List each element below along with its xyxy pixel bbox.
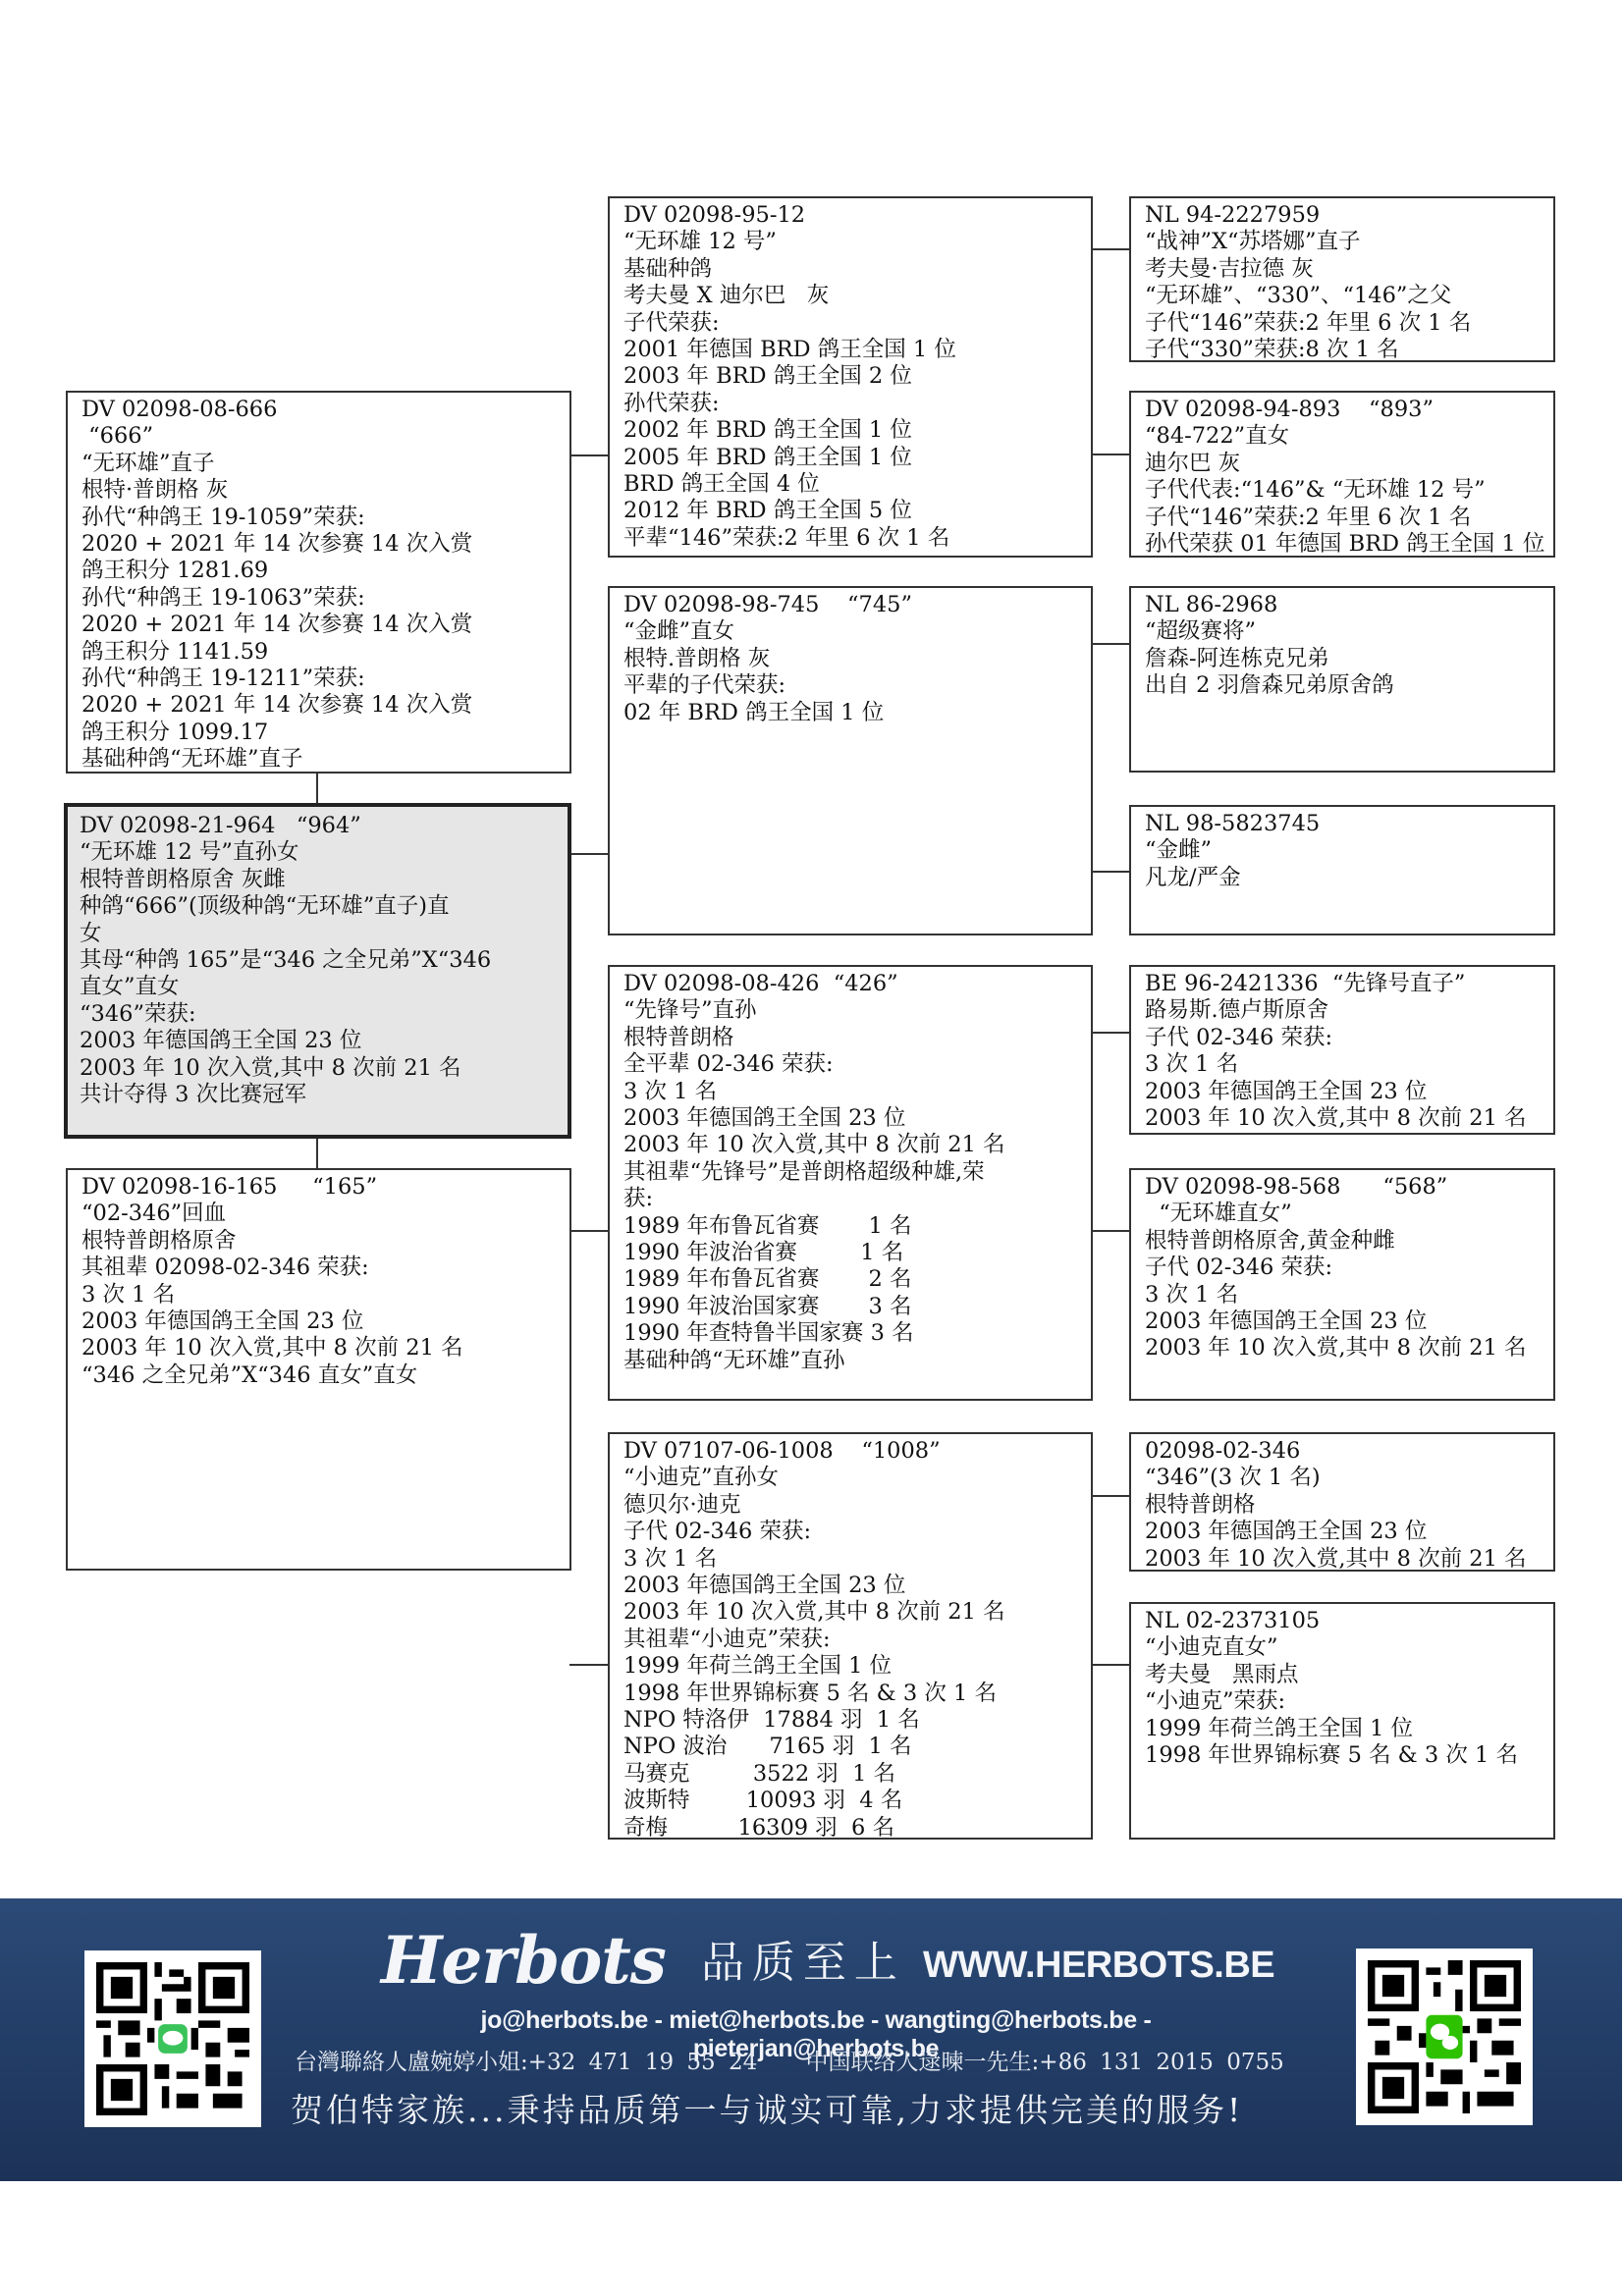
card-line: “346”(3 次 1 名) (1145, 1465, 1553, 1491)
card-line: 其祖辈 02098-02-346 荣获: (81, 1255, 569, 1281)
card-line: 2003 年德国鸽王全国 23 位 (623, 1105, 1091, 1132)
card-line: “无环雄”直子 (81, 451, 569, 477)
card-line: 根特普朗格原舍,黄金种雌 (1145, 1228, 1553, 1255)
qr-pattern-icon (1368, 1960, 1521, 2113)
card-line: 子代 02-346 荣获: (1145, 1255, 1553, 1281)
card-line: “无环雄直女” (1145, 1201, 1553, 1227)
card-line: 1989 年布鲁瓦省赛 1 名 (623, 1213, 1091, 1240)
connector (1091, 1495, 1129, 1497)
connector (1091, 1032, 1129, 1034)
wechat-qr-code[interactable]: wechat-icon (1356, 1949, 1533, 2125)
card-line: 根特普朗格 (1145, 1492, 1553, 1519)
card-line: 1990 年波治省赛 1 名 (623, 1240, 1091, 1266)
card-line: “无环雄 12 号” (623, 229, 1091, 255)
card-line: DV 02098-95-12 (623, 202, 1091, 229)
card-line: 2003 年德国鸽王全国 23 位 (80, 1028, 568, 1054)
card-line: 2003 年 BRD 鸽王全国 2 位 (623, 363, 1091, 390)
card-line: 2003 年 10 次入赏,其中 8 次前 21 名 (623, 1132, 1091, 1158)
footer-banner: line-icon Herbots 品质至上 WWW.HERBOTS.BE jo… (0, 1898, 1622, 2181)
contact-china: 中国联络人逯暕一先生:+86 131 2015 0755 (806, 2050, 1284, 2075)
card-line: 2012 年 BRD 鸽王全国 5 位 (623, 498, 1091, 524)
card-line: DV 02098-94-893 “893” (1145, 397, 1553, 423)
connector (1091, 1230, 1129, 1232)
company-motto: 贺伯特家族...秉持品质第一与诚实可靠,力求提供完美的服务! (291, 2085, 1243, 2131)
card-line: NL 94-2227959 (1145, 202, 1553, 229)
card-line: 孙代荣获 01 年德国 BRD 鸽王全国 1 位 (1145, 531, 1553, 558)
card-line: 出自 2 羽詹森兄弟原舍鸽 (1145, 672, 1553, 699)
card-line: 2003 年 10 次入赏,其中 8 次前 21 名 (80, 1055, 568, 1082)
card-line: 根特·普朗格 灰 (81, 477, 569, 504)
card-line: 2001 年德国 BRD 鸽王全国 1 位 (623, 337, 1091, 363)
brand-slogan: 品质至上 (701, 1932, 905, 1995)
connector (569, 1664, 608, 1666)
connector (1091, 454, 1129, 455)
connector (1091, 643, 1129, 645)
card-line: “346 之全兄弟”X“346 直女”直女 (81, 1362, 569, 1389)
card-line: 子代荣获: (623, 310, 1091, 337)
card-line: 孙代荣获: (623, 391, 1091, 417)
card-line: 2020 + 2021 年 14 次参赛 14 次入赏 (81, 531, 569, 558)
connector (569, 454, 608, 456)
card-line: 2003 年 10 次入赏,其中 8 次前 21 名 (1145, 1105, 1553, 1132)
card-line: 获: (623, 1186, 1091, 1212)
card-line: 共计夺得 3 次比赛冠军 (80, 1082, 568, 1108)
card-line: 平辈的子代荣获: (623, 672, 1091, 699)
card-line: 2003 年德国鸽王全国 23 位 (1145, 1308, 1553, 1335)
connector (316, 772, 318, 805)
card-line: 2003 年德国鸽王全国 23 位 (623, 1573, 1091, 1599)
card-line: BRD 鸽王全国 4 位 (623, 471, 1091, 498)
card-line: 2003 年 10 次入赏,其中 8 次前 21 名 (623, 1599, 1091, 1626)
card-line: “战神”X“苏塔娜”直子 (1145, 229, 1553, 255)
card-line: 1989 年布鲁瓦省赛 2 名 (623, 1266, 1091, 1293)
card-line: 其祖辈“小迪克”荣获: (623, 1627, 1091, 1653)
card-line: 1999 年荷兰鸽王全国 1 位 (623, 1653, 1091, 1680)
pedigree-card-sd-sire: NL 86-2968“超级赛将”詹森-阿连栋克兄弟出自 2 羽詹森兄弟原舍鸽 (1129, 586, 1555, 773)
card-line: 02098-02-346 (1145, 1438, 1553, 1465)
pedigree-card-sd-dam: NL 98-5823745“金雌”凡龙/严金 (1129, 805, 1555, 935)
card-line: 考夫曼 X 迪尔巴 灰 (623, 283, 1091, 309)
pedigree-card-sire-dam: DV 02098-98-745 “745”“金雌”直女根特.普朗格 灰平辈的子代… (608, 586, 1093, 935)
card-line: 马赛克 3522 羽 1 名 (623, 1761, 1091, 1788)
card-line: 3 次 1 名 (1145, 1051, 1553, 1078)
connector (316, 1137, 318, 1168)
card-line: 根特普朗格原舍 灰雌 (80, 867, 568, 893)
pedigree-card-dam: DV 02098-16-165 “165”“02-346”回血根特普朗格原舍其祖… (66, 1168, 571, 1571)
card-line: 3 次 1 名 (81, 1282, 569, 1308)
card-line: DV 07107-06-1008 “1008” (623, 1438, 1091, 1465)
card-line: 2003 年德国鸽王全国 23 位 (1145, 1519, 1553, 1545)
card-line: 1998 年世界锦标赛 5 名 & 3 次 1 名 (623, 1681, 1091, 1707)
card-line: 基础种鸽“无环雄”直子 (81, 746, 569, 773)
card-line: NPO 波治 7165 羽 1 名 (623, 1734, 1091, 1760)
card-line: 孙代“种鸽王 19-1059”荣获: (81, 505, 569, 531)
card-line: 鸽王积分 1099.17 (81, 720, 569, 746)
website-link[interactable]: WWW.HERBOTS.BE (923, 1936, 1274, 1995)
card-line: 3 次 1 名 (623, 1546, 1091, 1573)
card-line: 基础种鸽“无环雄”直孙 (623, 1348, 1091, 1374)
card-line: NL 98-5823745 (1145, 811, 1553, 837)
card-line: 波斯特 10093 羽 4 名 (623, 1788, 1091, 1814)
card-line: 2003 年 10 次入赏,其中 8 次前 21 名 (1145, 1335, 1553, 1362)
pedigree-card-sire: DV 02098-08-666 “666”“无环雄”直子根特·普朗格 灰孙代“种… (66, 391, 571, 774)
card-line: “超级赛将” (1145, 618, 1553, 645)
card-line: “小迪克”荣获: (1145, 1688, 1553, 1715)
card-line: 全平辈 02-346 荣获: (623, 1051, 1091, 1078)
card-line: 平辈“146”荣获:2 年里 6 次 1 名 (623, 525, 1091, 552)
card-line: “金雌”直女 (623, 618, 1091, 645)
card-line: 子代“330”荣获:8 次 1 名 (1145, 337, 1553, 362)
pedigree-card-subject: DV 02098-21-964 “964”“无环雄 12 号”直孙女根特普朗格原… (64, 803, 571, 1139)
card-line: 鸽王积分 1281.69 (81, 558, 569, 584)
card-line: 女 (80, 921, 568, 947)
card-line: DV 02098-98-745 “745” (623, 592, 1091, 618)
card-line: 德贝尔·迪克 (623, 1492, 1091, 1519)
card-line: 根特普朗格 (623, 1025, 1091, 1051)
card-line: “先锋号”直孙 (623, 997, 1091, 1024)
card-line: “02-346”回血 (81, 1201, 569, 1227)
card-line: 子代代表:“146”& “无环雄 12 号” (1145, 477, 1553, 504)
card-line: 2005 年 BRD 鸽王全国 1 位 (623, 445, 1091, 471)
card-line: 凡龙/严金 (1145, 865, 1553, 891)
card-line: 子代 02-346 荣获: (1145, 1025, 1553, 1051)
pedigree-card-ss-dam: DV 02098-94-893 “893”“84-722”直女迪尔巴 灰子代代表… (1129, 391, 1555, 558)
card-line: 2020 + 2021 年 14 次参赛 14 次入赏 (81, 692, 569, 719)
card-line: NL 02-2373105 (1145, 1608, 1553, 1634)
card-line: 2003 年 10 次入赏,其中 8 次前 21 名 (81, 1335, 569, 1362)
herbots-logo: Herbots (381, 1926, 666, 1995)
pedigree-card-ss-sire: NL 94-2227959“战神”X“苏塔娜”直子考夫曼·吉拉德 灰“无环雄”、… (1129, 196, 1555, 362)
pedigree-card-dd-dam: NL 02-2373105“小迪克直女”考夫曼 黑雨点“小迪克”荣获:1999 … (1129, 1602, 1555, 1840)
connector (569, 1230, 608, 1232)
card-line: 奇梅 16309 羽 6 名 (623, 1815, 1091, 1840)
card-line: 子代 02-346 荣获: (623, 1519, 1091, 1545)
card-line: 孙代“种鸽王 19-1211”荣获: (81, 666, 569, 692)
card-line: “小迪克直女” (1145, 1634, 1553, 1661)
contact-taiwan: 台灣聯絡人盧婉婷小姐:+32 471 19 55 24 (295, 2050, 757, 2075)
card-line: 考夫曼 黑雨点 (1145, 1662, 1553, 1688)
connector (569, 853, 608, 855)
card-line: 子代“146”荣获:2 年里 6 次 1 名 (1145, 505, 1553, 531)
pedigree-card-ds-sire: BE 96-2421336 “先锋号直子”路易斯.德卢斯原舍子代 02-346 … (1129, 965, 1555, 1135)
card-line: 詹森-阿连栋克兄弟 (1145, 646, 1553, 672)
pedigree-card-dd-sire: 02098-02-346“346”(3 次 1 名)根特普朗格2003 年德国鸽… (1129, 1432, 1555, 1572)
card-line: “346”荣获: (80, 1001, 568, 1028)
card-line: 2003 年 10 次入赏,其中 8 次前 21 名 (1145, 1546, 1553, 1572)
card-line: 2020 + 2021 年 14 次参赛 14 次入赏 (81, 612, 569, 638)
card-line: 基础种鸽 (623, 256, 1091, 283)
card-line: 2003 年德国鸽王全国 23 位 (1145, 1079, 1553, 1105)
card-line: DV 02098-16-165 “165” (81, 1174, 569, 1201)
connector (1091, 871, 1129, 873)
card-line: 2003 年德国鸽王全国 23 位 (81, 1308, 569, 1335)
card-line: 其祖辈“先锋号”是普朗格超级种雄,荣 (623, 1159, 1091, 1186)
pedigree-card-dam-sire: DV 02098-08-426 “426”“先锋号”直孙根特普朗格全平辈 02-… (608, 965, 1093, 1401)
brand-row: Herbots 品质至上 WWW.HERBOTS.BE (381, 1926, 1274, 1995)
card-line: 其母“种鸽 165”是“346 之全兄弟”X“346 (80, 947, 568, 974)
card-line: 子代“146”荣获:2 年里 6 次 1 名 (1145, 310, 1553, 337)
card-line: 3 次 1 名 (1145, 1282, 1553, 1308)
card-line: 孙代“种鸽王 19-1063”荣获: (81, 585, 569, 612)
card-line: DV 02098-08-666 (81, 397, 569, 423)
card-line: 直女”直女 (80, 974, 568, 1000)
card-line: 1990 年查特鲁半国家赛 3 名 (623, 1320, 1091, 1347)
card-line: “666” (81, 423, 569, 450)
card-line: DV 02098-21-964 “964” (80, 813, 568, 839)
card-line: 3 次 1 名 (623, 1079, 1091, 1105)
card-line: NPO 特洛伊 17884 羽 1 名 (623, 1707, 1091, 1734)
card-line: “无环雄 12 号”直孙女 (80, 839, 568, 866)
card-line: DV 02098-08-426 “426” (623, 971, 1091, 997)
line-qr-code[interactable]: line-icon (84, 1950, 261, 2127)
contact-phones: 台灣聯絡人盧婉婷小姐:+32 471 19 55 24 中国联络人逯暕一先生:+… (295, 2044, 1320, 2076)
card-line: 02 年 BRD 鸽王全国 1 位 (623, 700, 1091, 726)
connector (1091, 248, 1129, 250)
card-line: “小迪克”直孙女 (623, 1465, 1091, 1491)
card-line: 迪尔巴 灰 (1145, 451, 1553, 477)
pedigree-card-dam-dam: DV 07107-06-1008 “1008”“小迪克”直孙女德贝尔·迪克子代 … (608, 1432, 1093, 1840)
card-line: “84-722”直女 (1145, 423, 1553, 450)
card-line: 种鸽“666”(顶级种鸽“无环雄”直子)直 (80, 893, 568, 920)
card-line: “金雌” (1145, 837, 1553, 864)
card-line: “无环雄”、“330”、“146”之父 (1145, 283, 1553, 309)
card-line: 路易斯.德卢斯原舍 (1145, 997, 1553, 1024)
card-line: 1998 年世界锦标赛 5 名 & 3 次 1 名 (1145, 1742, 1553, 1769)
card-line: 根特普朗格原舍 (81, 1228, 569, 1255)
pedigree-card-sire-sire: DV 02098-95-12“无环雄 12 号”基础种鸽考夫曼 X 迪尔巴 灰子… (608, 196, 1093, 558)
card-line: 2002 年 BRD 鸽王全国 1 位 (623, 417, 1091, 444)
card-line: NL 86-2968 (1145, 592, 1553, 618)
card-line: 考夫曼·吉拉德 灰 (1145, 256, 1553, 283)
card-line: DV 02098-98-568 “568” (1145, 1174, 1553, 1201)
pedigree-card-ds-dam: DV 02098-98-568 “568” “无环雄直女”根特普朗格原舍,黄金种… (1129, 1168, 1555, 1401)
qr-pattern-icon (96, 1962, 249, 2115)
card-line: 1990 年波治国家赛 3 名 (623, 1294, 1091, 1320)
card-line: 根特.普朗格 灰 (623, 646, 1091, 672)
connector (1091, 1664, 1129, 1666)
card-line: BE 96-2421336 “先锋号直子” (1145, 971, 1553, 997)
card-line: 鸽王积分 1141.59 (81, 639, 569, 666)
card-line: 1999 年荷兰鸽王全国 1 位 (1145, 1716, 1553, 1742)
